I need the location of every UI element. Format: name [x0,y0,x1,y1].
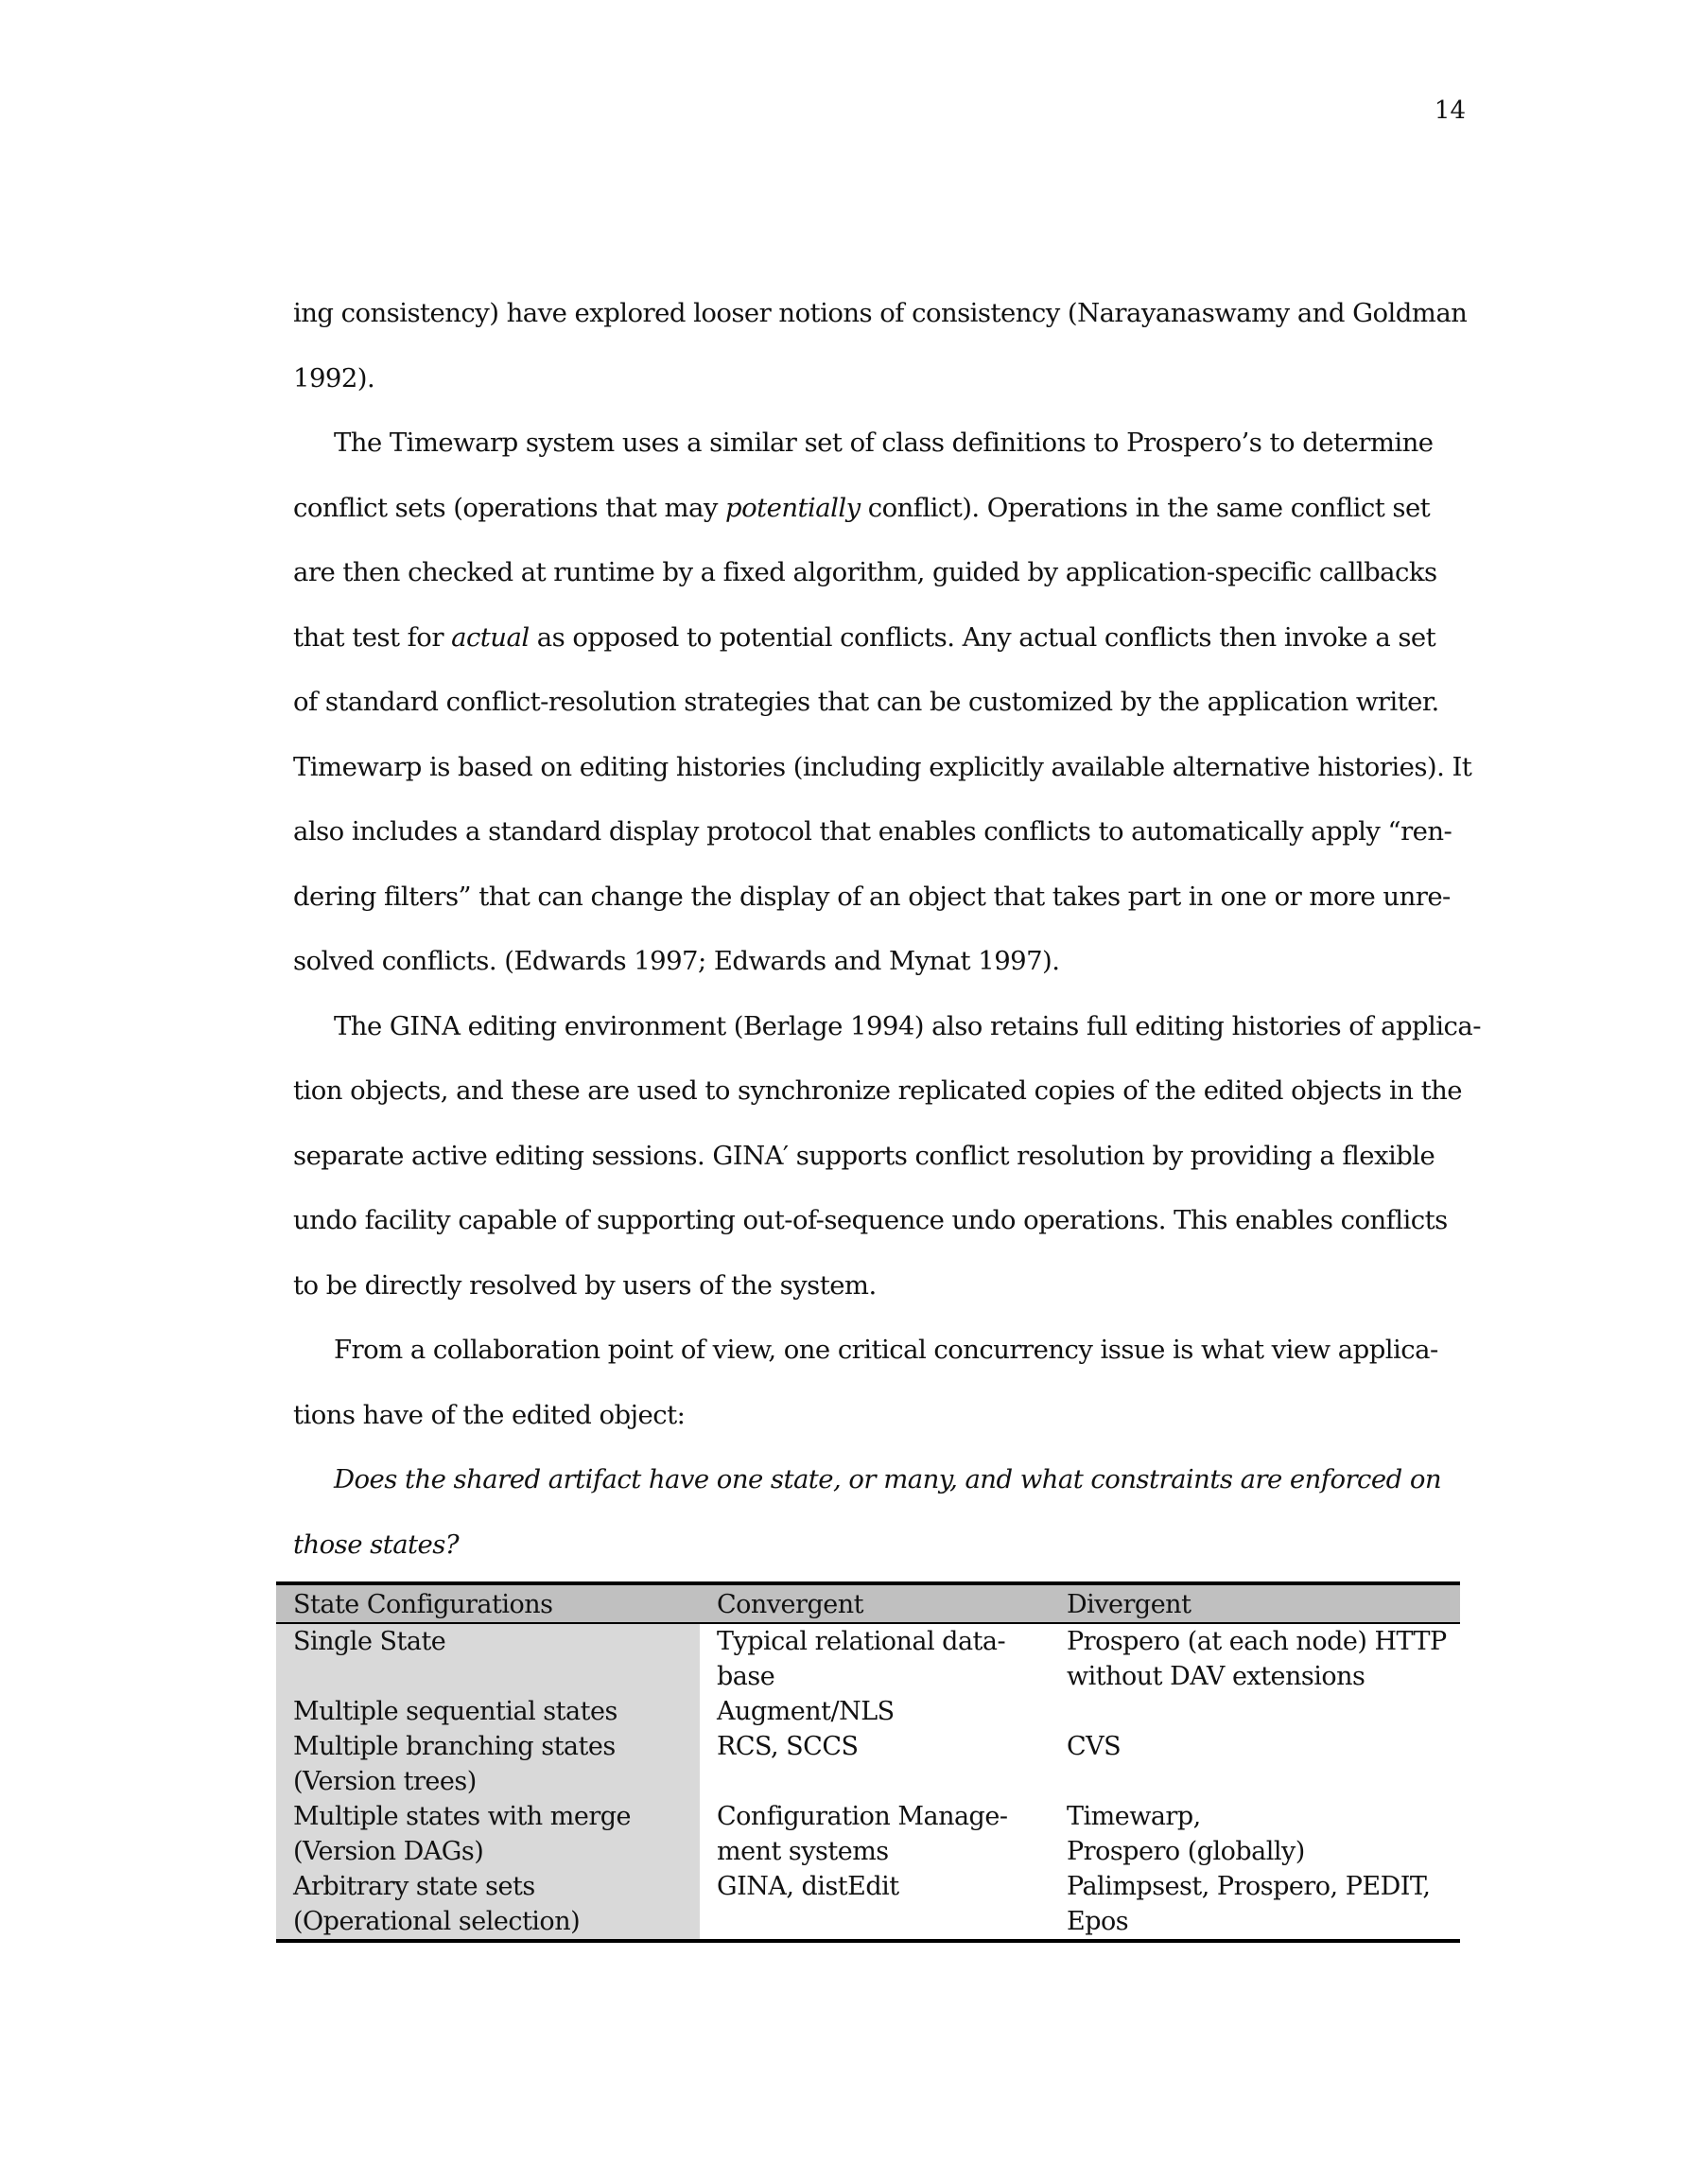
text-line: dering filters” that can change the disp… [293,865,1475,930]
text-line: undo facility capable of supporting out-… [293,1188,1475,1253]
text-run: Timewarp is based on editing histories (… [293,752,1471,782]
text-run: that test for [293,622,451,653]
text-run: tion objects, and these are used to sync… [293,1075,1462,1106]
header-convergent: Convergent [700,1583,1050,1623]
divergent-cell: Palimpsest, Prospero, PEDIT,Epos [1050,1869,1460,1941]
text-line: The GINA editing environment (Berlage 19… [293,994,1475,1059]
text-line: of standard conflict-resolution strategi… [293,670,1475,735]
divergent-cell [1050,1694,1460,1729]
body-text: ing consistency) have explored looser no… [293,281,1475,1577]
cell-line: Typical relational data- [717,1624,1040,1659]
divergent-cell: Timewarp,Prospero (globally) [1050,1799,1460,1869]
convergent-cell: Configuration Manage-ment systems [700,1799,1050,1869]
state-configuration-cell: Arbitrary state sets(Operational selecti… [276,1869,700,1941]
cell-line [1067,1764,1451,1799]
cell-line: ment systems [717,1834,1040,1869]
text-line: separate active editing sessions. GINA′ … [293,1124,1475,1189]
text-run: solved conflicts. (Edwards 1997; Edwards… [293,946,1059,976]
cell-line [1067,1694,1451,1729]
text-line: The Timewarp system uses a similar set o… [293,411,1475,476]
convergent-cell: RCS, SCCS [700,1729,1050,1799]
table-row: Multiple branching states(Version trees)… [276,1729,1460,1799]
emphasized-text: those states? [293,1529,459,1560]
cell-line: (Version DAGs) [293,1834,690,1869]
cell-line: Single State [293,1624,690,1659]
cell-line: Multiple branching states [293,1729,690,1764]
state-configuration-cell: Single State [276,1623,700,1694]
text-line: tions have of the edited object: [293,1383,1475,1448]
text-line: Timewarp is based on editing histories (… [293,735,1475,800]
cell-line: (Version trees) [293,1764,690,1799]
text-run: The GINA editing environment (Berlage 19… [334,1011,1481,1041]
paragraph: The Timewarp system uses a similar set o… [293,411,1475,994]
state-configuration-cell: Multiple states with merge(Version DAGs) [276,1799,700,1869]
table-row: Single State Typical relational data-bas… [276,1623,1460,1694]
header-state-configurations: State Configurations [276,1583,700,1623]
page-number: 14 [1418,96,1466,125]
paragraph: ing consistency) have explored looser no… [293,281,1475,411]
cell-line: Epos [1067,1904,1451,1939]
text-run: conflict). Operations in the same confli… [861,493,1431,523]
text-run: conflict sets (operations that may [293,493,725,523]
cell-line: RCS, SCCS [717,1729,1040,1764]
state-configuration-cell: Multiple sequential states [276,1694,700,1729]
text-run: also includes a standard display protoco… [293,816,1452,847]
text-line: also includes a standard display protoco… [293,799,1475,865]
emphasized-text: potentially [725,493,861,523]
state-configuration-cell: Multiple branching states(Version trees) [276,1729,700,1799]
text-run: tions have of the edited object: [293,1400,685,1430]
text-run: From a collaboration point of view, one … [334,1335,1438,1365]
text-run: separate active editing sessions. GINA′ … [293,1141,1435,1171]
text-line: to be directly resolved by users of the … [293,1253,1475,1319]
header-divergent: Divergent [1050,1583,1460,1623]
cell-line [717,1904,1040,1939]
convergent-cell: Typical relational data-base [700,1623,1050,1694]
emphasized-text: Does the shared artifact have one state,… [334,1464,1441,1494]
divergent-cell: Prospero (at each node) HTTPwithout DAV … [1050,1623,1460,1694]
cell-line: Multiple states with merge [293,1799,690,1834]
text-run: dering filters” that can change the disp… [293,882,1451,912]
cell-line: (Operational selection) [293,1904,690,1939]
state-configurations-table: State Configurations Convergent Divergen… [276,1581,1460,1943]
table-row: Arbitrary state sets(Operational selecti… [276,1869,1460,1941]
cell-line: Palimpsest, Prospero, PEDIT, [1067,1869,1451,1904]
text-run: as opposed to potential conflicts. Any a… [530,622,1436,653]
cell-line [717,1764,1040,1799]
text-run: to be directly resolved by users of the … [293,1270,877,1301]
text-line: tion objects, and these are used to sync… [293,1058,1475,1124]
table-header-row: State Configurations Convergent Divergen… [276,1583,1460,1623]
text-line: 1992). [293,346,1475,411]
cell-line: base [717,1659,1040,1694]
text-run: The Timewarp system uses a similar set o… [334,428,1433,458]
table-row: Multiple states with merge(Version DAGs)… [276,1799,1460,1869]
cell-line: CVS [1067,1729,1451,1764]
table-row: Multiple sequential statesAugment/NLS [276,1694,1460,1729]
text-line: Does the shared artifact have one state,… [293,1447,1475,1512]
convergent-cell: Augment/NLS [700,1694,1050,1729]
text-line: ing consistency) have explored looser no… [293,281,1475,346]
text-line: conflict sets (operations that may poten… [293,476,1475,541]
text-line: solved conflicts. (Edwards 1997; Edwards… [293,929,1475,994]
text-run: 1992). [293,363,374,393]
cell-line [293,1659,690,1694]
paragraph: From a collaboration point of view, one … [293,1318,1475,1447]
text-line: From a collaboration point of view, one … [293,1318,1475,1383]
text-run: ing consistency) have explored looser no… [293,298,1467,328]
cell-line: Prospero (globally) [1067,1834,1451,1869]
cell-line: Arbitrary state sets [293,1869,690,1904]
text-run: are then checked at runtime by a fixed a… [293,557,1437,587]
text-run: of standard conflict-resolution strategi… [293,687,1439,717]
cell-line: Timewarp, [1067,1799,1451,1834]
paragraph: The GINA editing environment (Berlage 19… [293,994,1475,1319]
text-line: those states? [293,1512,1475,1578]
convergent-cell: GINA, distEdit [700,1869,1050,1941]
text-line: are then checked at runtime by a fixed a… [293,540,1475,605]
text-line: that test for actual as opposed to poten… [293,605,1475,671]
cell-line: Augment/NLS [717,1694,1040,1729]
divergent-cell: CVS [1050,1729,1460,1799]
cell-line: Multiple sequential states [293,1694,690,1729]
cell-line: without DAV extensions [1067,1659,1451,1694]
cell-line: Configuration Manage- [717,1799,1040,1834]
emphasized-text: actual [451,622,529,653]
text-run: undo facility capable of supporting out-… [293,1205,1448,1235]
cell-line: Prospero (at each node) HTTP [1067,1624,1451,1659]
cell-line: GINA, distEdit [717,1869,1040,1904]
paragraph: Does the shared artifact have one state,… [293,1447,1475,1577]
